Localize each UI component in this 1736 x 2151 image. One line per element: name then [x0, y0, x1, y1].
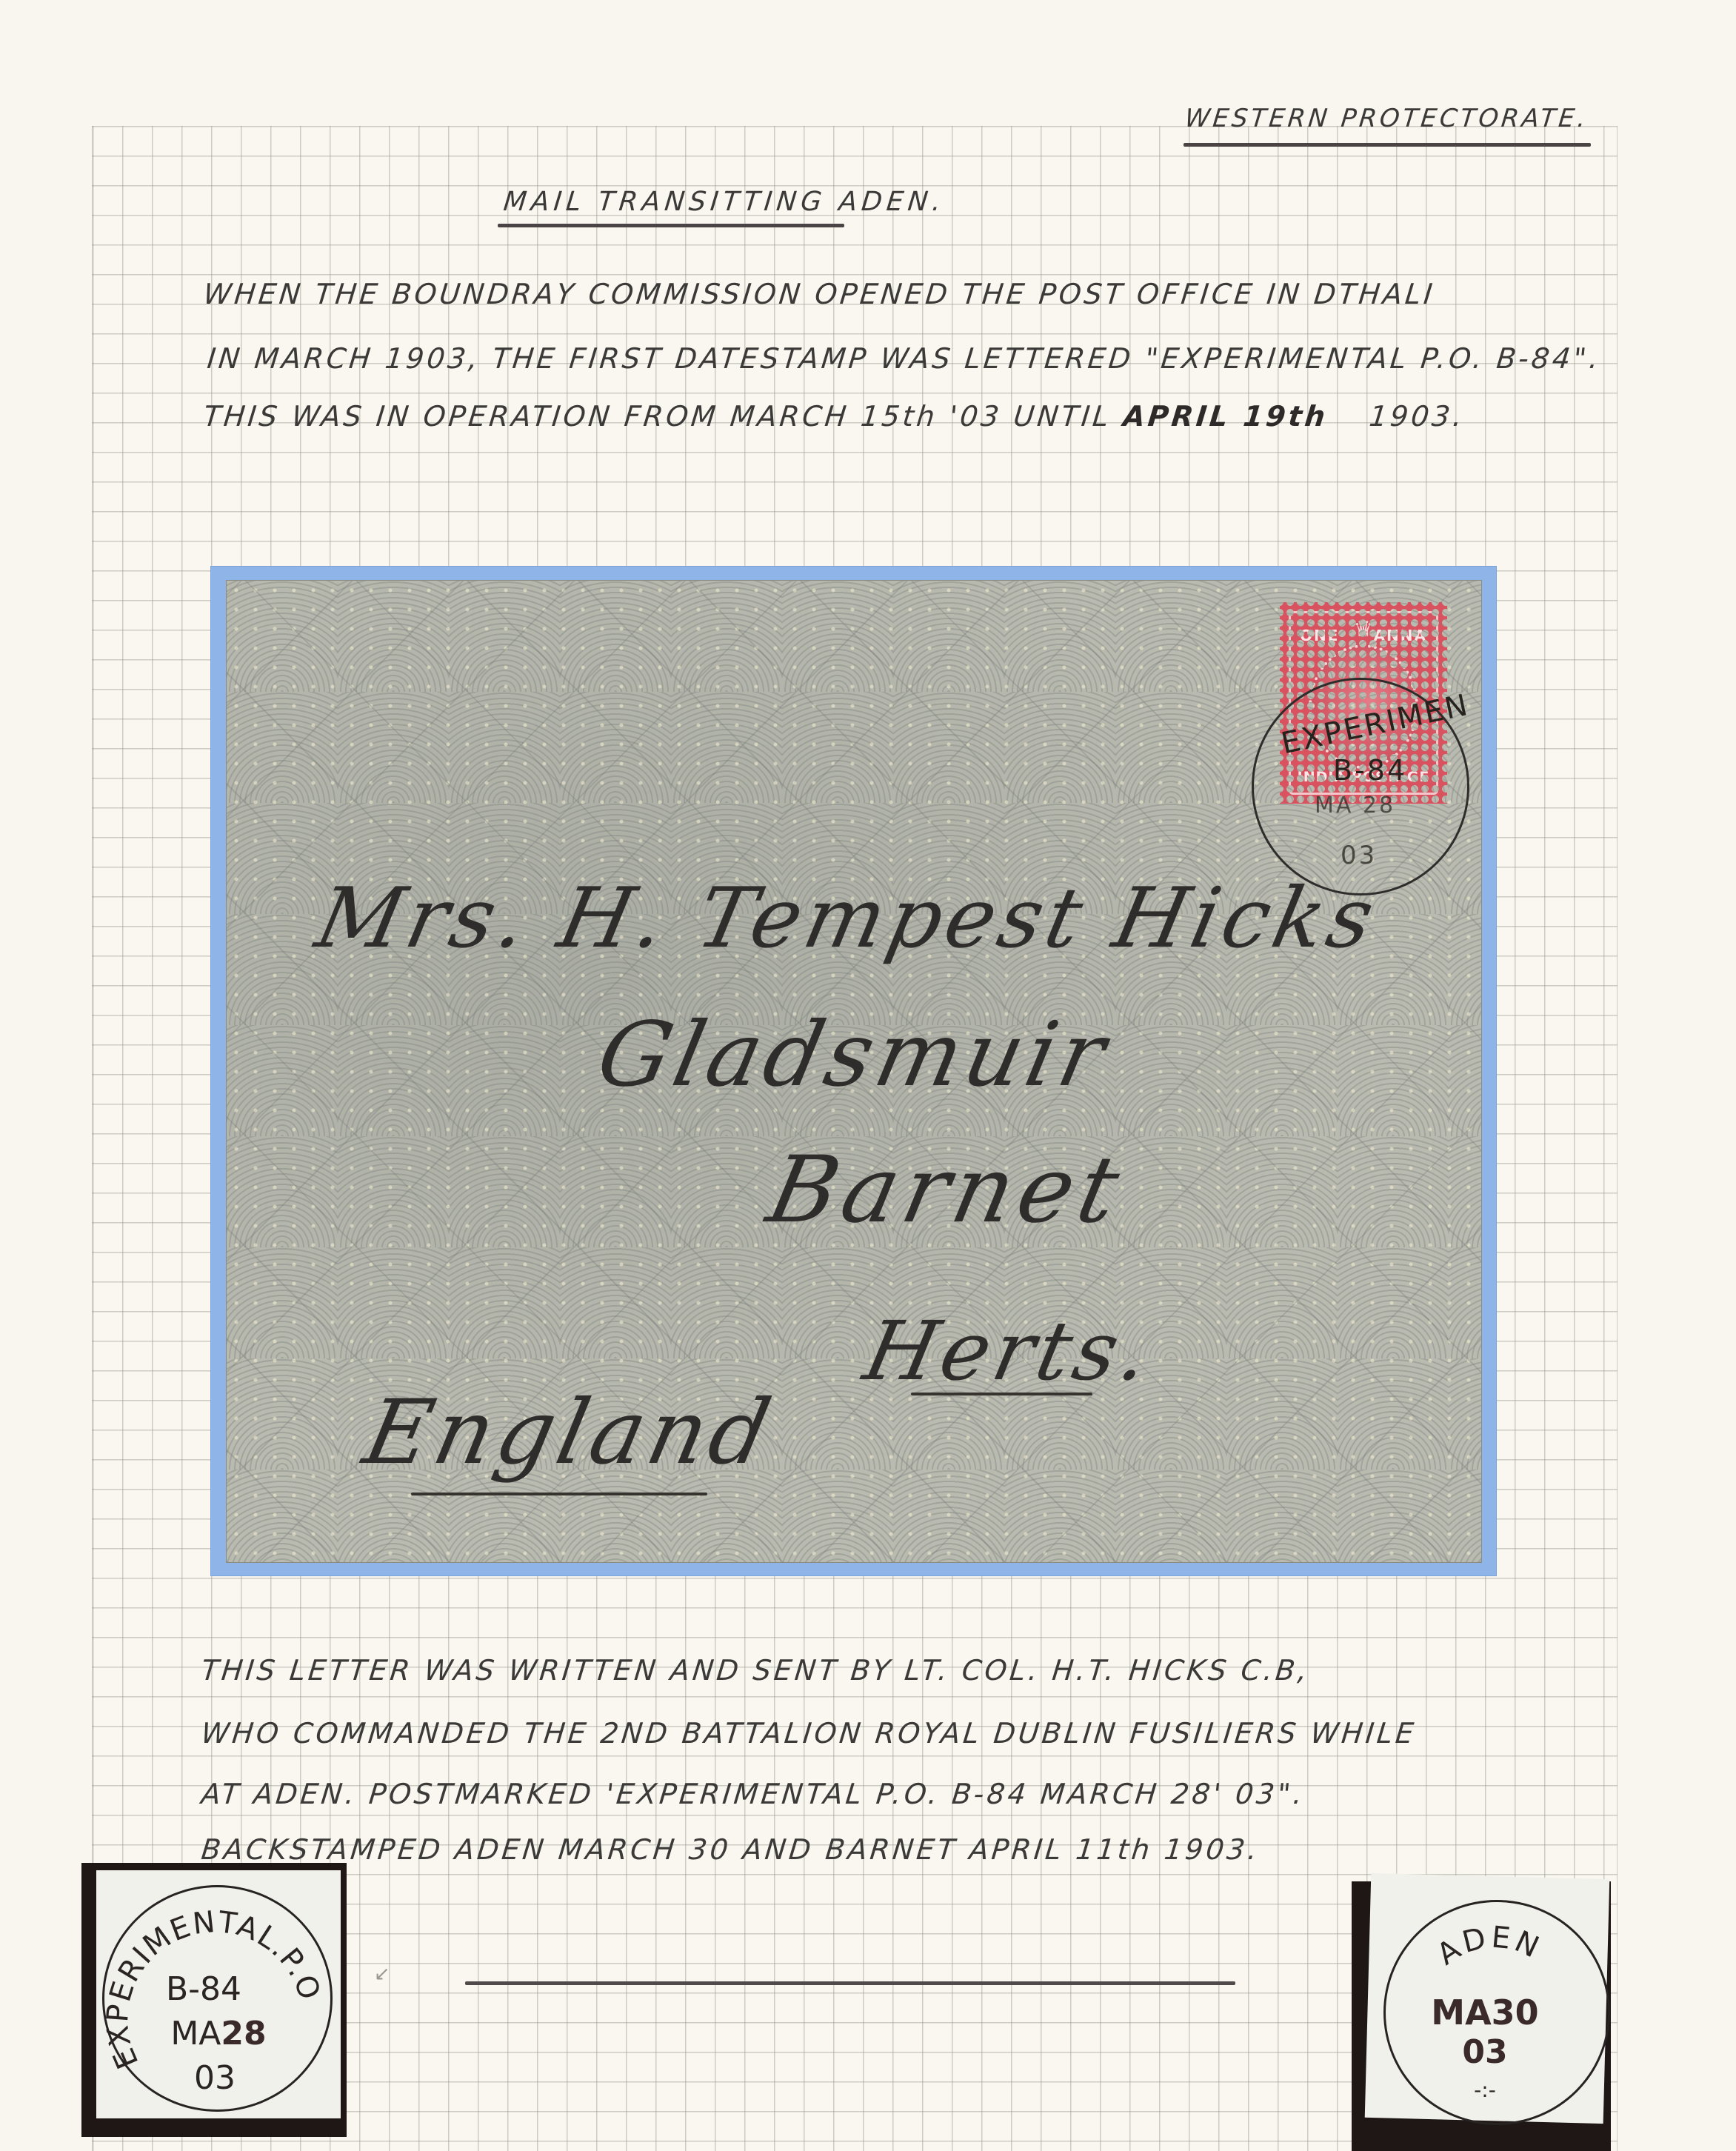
intro-line-3: THIS WAS IN OPERATION FROM MARCH 15th '0…	[202, 400, 1466, 433]
description-line-4: BACKSTAMPED ADEN MARCH 30 AND BARNET APR…	[200, 1833, 1262, 1866]
pencil-arrow-icon: ↙	[374, 1963, 390, 1985]
page-title: MAIL TRANSITTING ADEN.	[502, 187, 947, 217]
postmark-day: 28	[221, 2015, 266, 2052]
intro-end-year: 1903.	[1368, 400, 1466, 433]
postmark-code: B-84	[148, 1970, 259, 2008]
address-county: Herts.	[856, 1304, 1161, 1398]
stamp-currency: ANNA	[1374, 627, 1427, 644]
crown-icon: ♛	[1354, 616, 1374, 642]
intro-line-3-text: THIS WAS IN OPERATION FROM MARCH 15th '0…	[202, 400, 1113, 433]
postmark-month: MA	[170, 2015, 221, 2052]
cancellation-line-3: 03	[1341, 841, 1377, 870]
address-country: England	[355, 1381, 783, 1484]
region-heading: WESTERN PROTECTORATE.	[1184, 104, 1590, 133]
address-recipient: Mrs. H. Tempest Hicks	[308, 870, 1386, 967]
description-line-3: AT ADEN. POSTMARKED 'EXPERIMENTAL P.O. B…	[200, 1778, 1307, 1810]
postmark-year: 03	[181, 2059, 248, 2097]
bottom-rule	[465, 1981, 1235, 1985]
intro-end-date: APRIL 19th	[1121, 400, 1329, 433]
stamp-value-word: ONE	[1300, 627, 1339, 644]
country-underline	[411, 1493, 707, 1495]
page-title-underline	[498, 224, 844, 227]
postmark-date: MA30	[1418, 1992, 1552, 2032]
postmark-date: MA28	[159, 2015, 278, 2052]
county-underline	[911, 1393, 1092, 1395]
address-town: Barnet	[759, 1137, 1134, 1244]
cancellation-line-2: MA 28	[1315, 793, 1395, 818]
svg-text:ADEN: ADEN	[1431, 1920, 1546, 1972]
address-house: Gladsmuir	[589, 1004, 1118, 1107]
region-heading-underline	[1184, 143, 1591, 147]
description-line-2: WHO COMMANDED THE 2ND BATTALION ROYAL DU…	[200, 1717, 1418, 1750]
description-line-1: THIS LETTER WAS WRITTEN AND SENT BY LT. …	[200, 1654, 1312, 1687]
postmark-year: 03	[1448, 2033, 1522, 2071]
postmark-ornament-icon: -:-	[1463, 2078, 1507, 2102]
intro-line-2: IN MARCH 1903, THE FIRST DATESTAMP WAS L…	[206, 342, 1603, 375]
cancellation-line-1: B-84	[1333, 754, 1407, 787]
intro-line-1: WHEN THE BOUNDRAY COMMISSION OPENED THE …	[202, 278, 1437, 310]
